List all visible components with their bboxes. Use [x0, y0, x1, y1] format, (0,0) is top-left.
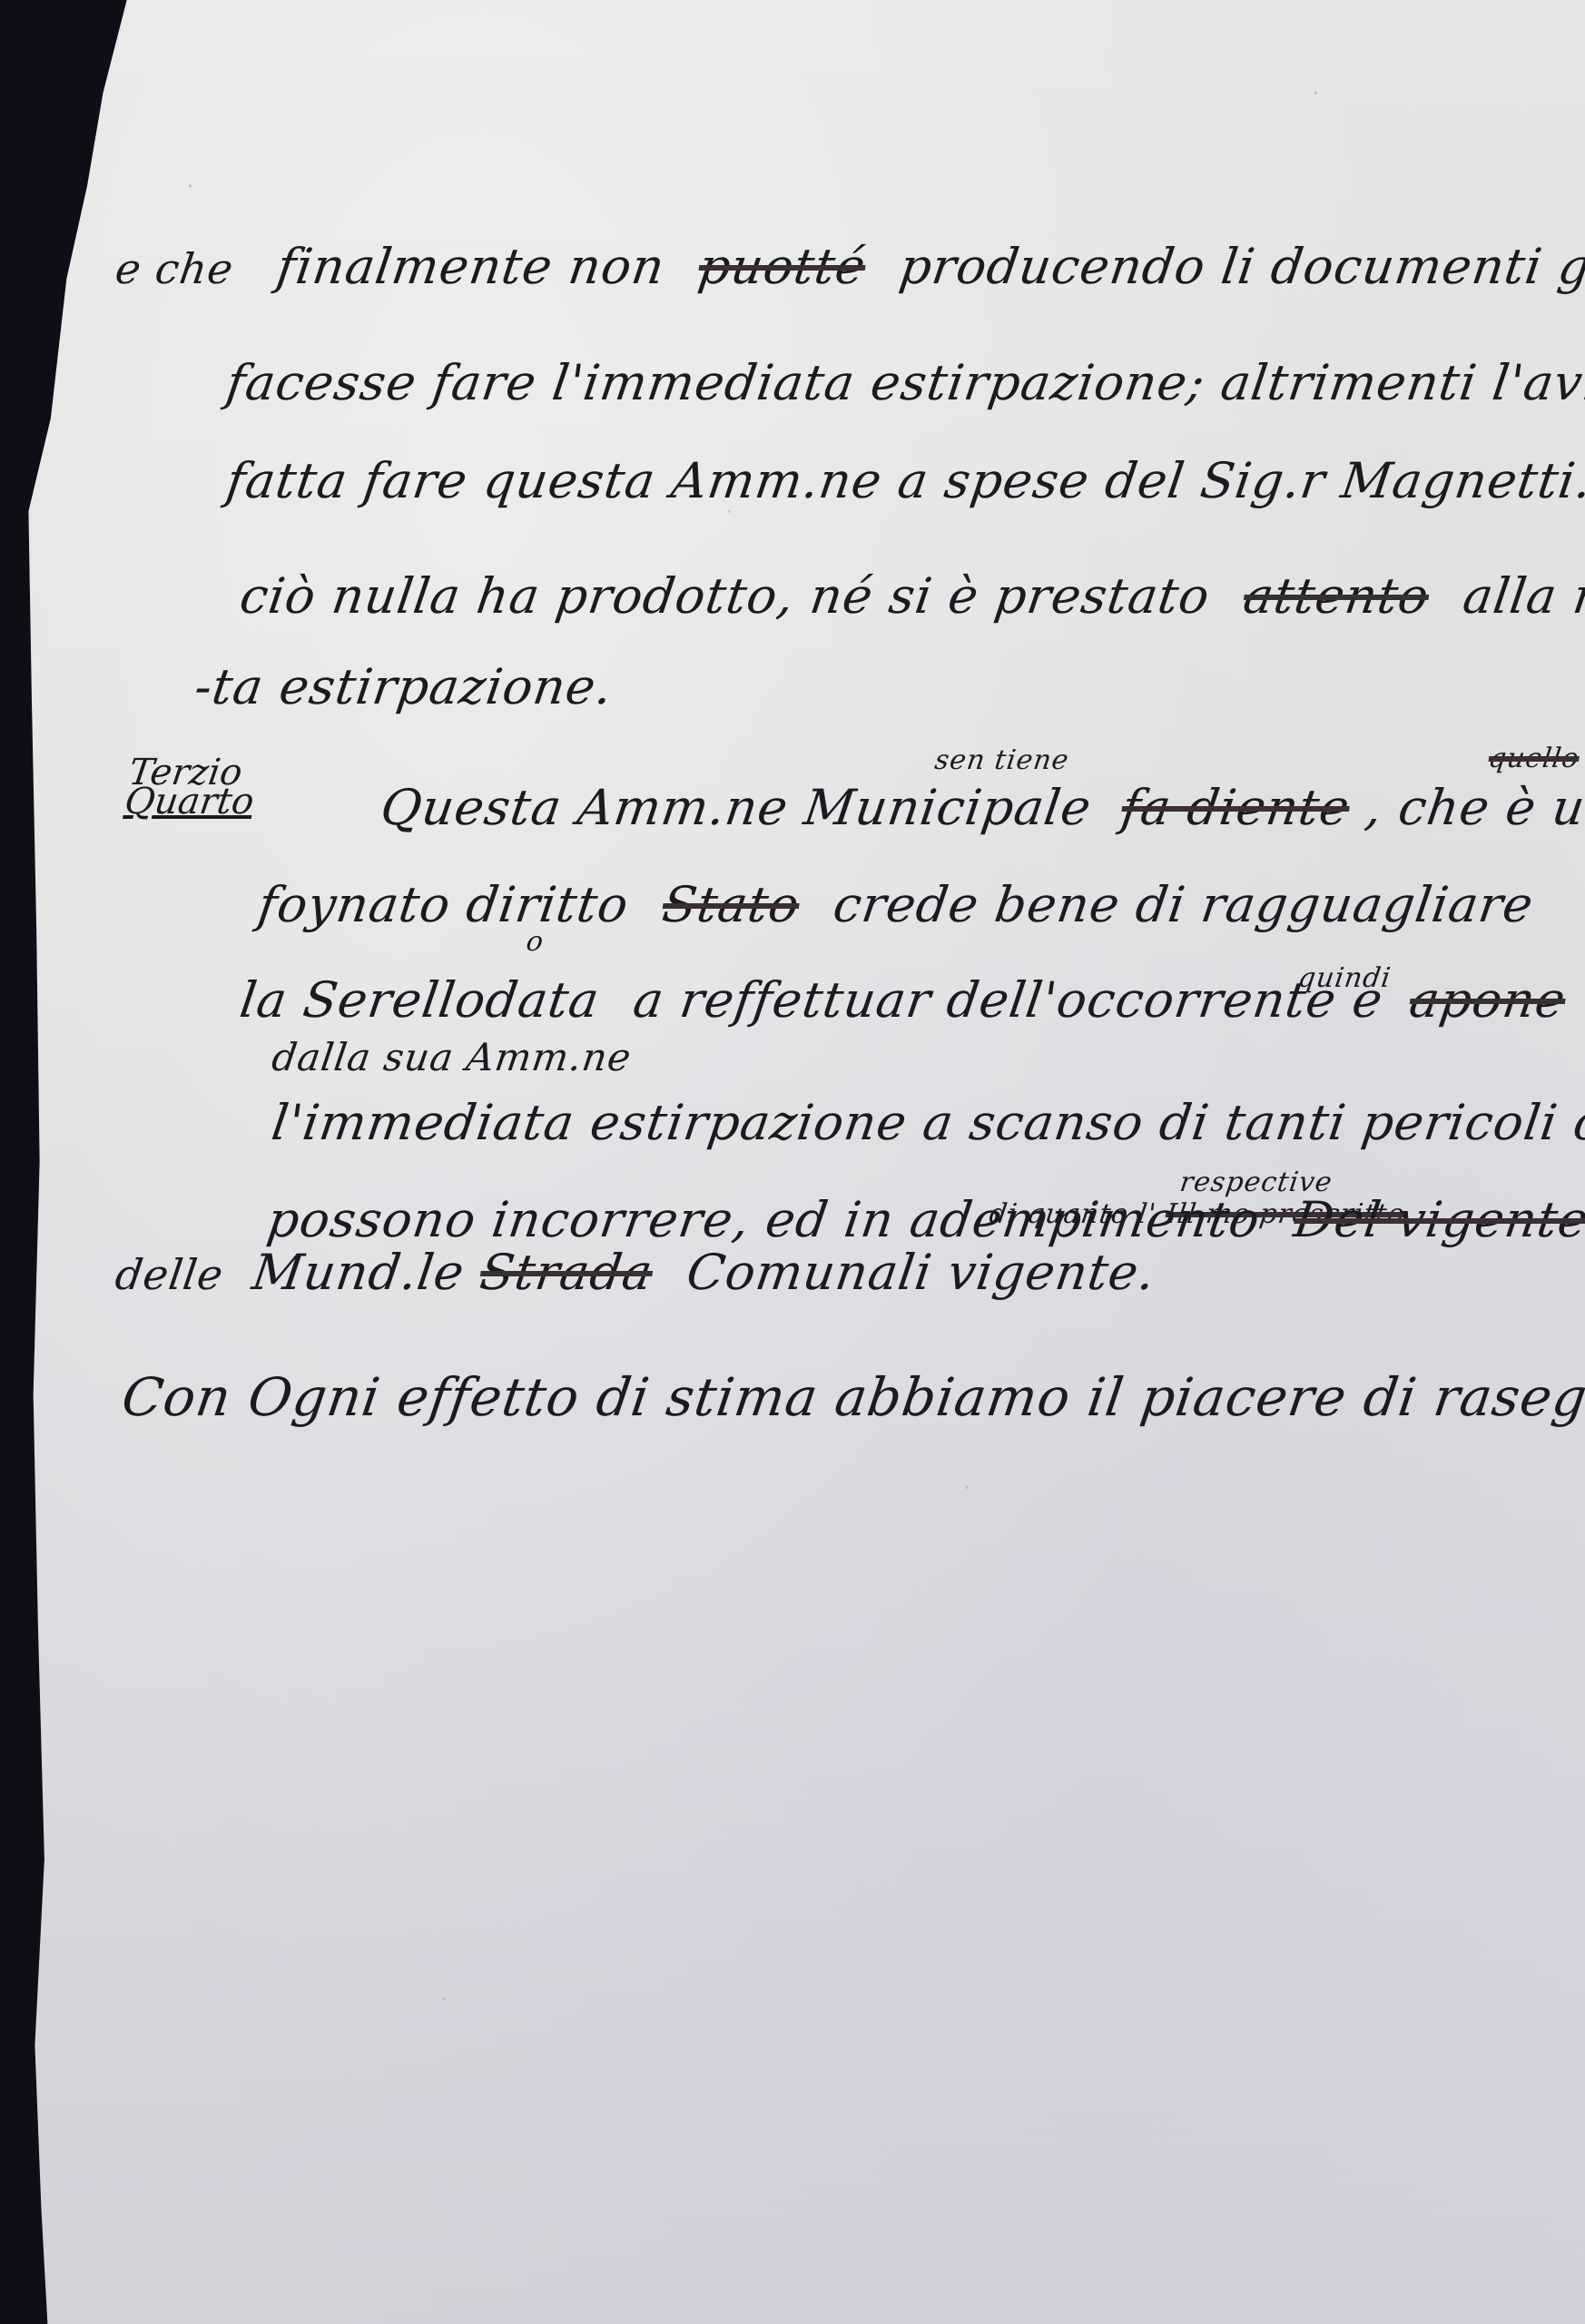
line-text: facesse fare l'immediata estirpazione; a…	[223, 354, 1585, 411]
margin-heading-struck: Quarto	[123, 781, 257, 822]
manuscript-line-12: Con Ogni effetto di stima abbiamo il pia…	[118, 1366, 1585, 1428]
margin-heading: Terzio Quarto	[123, 752, 261, 822]
struck-word: puotté	[695, 238, 870, 295]
line-text: Mund.le	[249, 1244, 468, 1301]
line-text-after: crede bene di ragguagliare	[830, 876, 1537, 933]
line-text: -ta estirpazione.	[192, 658, 617, 715]
struck-word: fa diente	[1118, 779, 1354, 836]
line-text: possono incorrere, ed in adempimento	[264, 1191, 1265, 1248]
struck-word: Stato	[659, 876, 803, 933]
margin-word: delle	[113, 1250, 227, 1299]
line-text: finalmente non	[273, 238, 668, 295]
line-text-after: a reffettuar dell'occorrente e	[630, 971, 1387, 1029]
line-text-after: alla mentova-	[1460, 567, 1585, 625]
line-text: Con Ogni effetto di stima abbiamo il pia…	[118, 1366, 1585, 1428]
struck-word: attento	[1240, 567, 1432, 625]
struck-insertion: quello	[1487, 743, 1581, 774]
manuscript-line-8: la Serellodata a reffettuar dell'occorre…	[237, 971, 1585, 1029]
line-text: ciò nulla ha prodotto, né si è prestato	[237, 567, 1214, 625]
struck-word: Strada	[477, 1244, 656, 1301]
line-text-after: , che è un	[1362, 779, 1585, 836]
line-text: la Serellodata	[237, 971, 604, 1029]
manuscript-line-4: ciò nulla ha prodotto, né si è prestato …	[237, 567, 1585, 625]
line-prefix: e che	[113, 244, 237, 293]
struck-word: apone	[1406, 971, 1570, 1029]
manuscript-line-3: fatta fare questa Amm.ne a spese del Sig…	[223, 452, 1585, 509]
line-text-after: producendo li documenti giustificanti,	[896, 238, 1585, 295]
manuscript-line-2: facesse fare l'immediata estirpazione; a…	[223, 354, 1585, 411]
line-text: foynato diritto	[255, 876, 633, 933]
manuscript-line-5: -ta estirpazione.	[192, 658, 617, 715]
insertion-text: dalla sua Amm.ne	[270, 1035, 635, 1079]
manuscript-line-7: foynato diritto Stato crede bene di ragg…	[255, 876, 1538, 933]
paper-page	[0, 0, 1585, 2324]
line-text: fatta fare questa Amm.ne a spese del Sig…	[223, 452, 1585, 509]
insertion-text: sen tiene	[933, 744, 1071, 776]
insertion-above-line-6b: quello	[1487, 743, 1581, 774]
manuscript-line-6: Questa Amm.ne Municipale fa diente , che…	[378, 779, 1585, 836]
line-text: l'immediata estirpazione a scanso di tan…	[269, 1094, 1585, 1151]
line-text-after: Comunali vigente.	[684, 1244, 1159, 1301]
manuscript-line-9: l'immediata estirpazione a scanso di tan…	[269, 1094, 1585, 1151]
insertion-above-line-9: dalla sua Amm.ne	[270, 1035, 635, 1079]
manuscript-line-11: delle Mund.le Strada Comunali vigente.	[113, 1244, 1159, 1301]
struck-word: Del vigente	[1291, 1191, 1585, 1248]
insertion-above-line-6: sen tiene	[933, 744, 1071, 776]
manuscript-line-1: e che finalmente non puotté producendo l…	[113, 238, 1585, 295]
document-scan: e che finalmente non puotté producendo l…	[0, 0, 1585, 2324]
manuscript-line-10: possono incorrere, ed in adempimento Del…	[264, 1191, 1585, 1248]
line-text: Questa Amm.ne Municipale	[378, 779, 1096, 836]
